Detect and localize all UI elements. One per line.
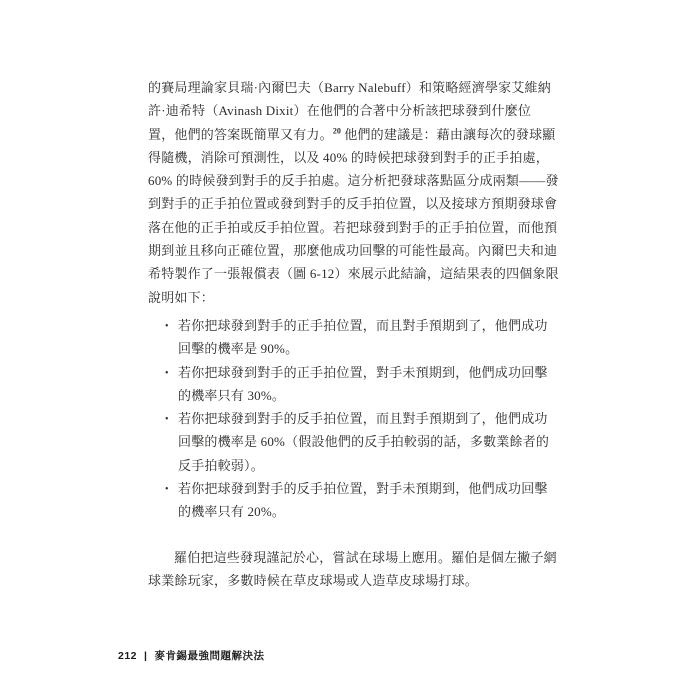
text-line: 的賽局理論家貝瑞·內爾巴夫（Barry Nalebuff）和策略經濟學家艾維納 — [148, 76, 552, 99]
page-footer: 212 | 麥肯錫最強問題解決法 — [118, 648, 264, 663]
text-line: 反手拍較弱）。 — [178, 454, 552, 477]
bullet-item: •若你把球發到對手的正手拍位置，而且對手預期到了，他們成功回擊的機率是 90%。 — [148, 314, 552, 361]
text-line: 期到並且移向正確位置，那麼他成功回擊的可能性最高。內爾巴夫和迪 — [148, 239, 552, 262]
bullet-icon: • — [165, 478, 169, 501]
text-line: 落在他的正手拍或反手拍位置。若把球發到對手的正手拍位置，而他預 — [148, 216, 552, 239]
text-line: 球業餘玩家，多數時候在草皮球場或人造草皮球場打球。 — [148, 569, 552, 592]
bullet-text: 若你把球發到對手的反手拍位置，而且對手預期到了，他們成功回擊的機率是 60%（假… — [178, 407, 552, 477]
text-line: 置，他們的答案既簡單又有力。20 他們的建議是：藉由讓每次的發球顯 — [148, 123, 552, 146]
bullet-text: 若你把球發到對手的正手拍位置，而且對手預期到了，他們成功回擊的機率是 90%。 — [178, 314, 552, 361]
bullet-text: 若你把球發到對手的正手拍位置，對手未預期到，他們成功回擊的機率只有 30%。 — [178, 361, 552, 408]
text-line: 回擊的機率是 90%。 — [178, 337, 552, 360]
text-line: 的機率只有 30%。 — [178, 384, 552, 407]
bullet-text: 若你把球發到對手的反手拍位置，對手未預期到，他們成功回擊的機率只有 20%。 — [178, 477, 552, 524]
book-title: 麥肯錫最強問題解決法 — [154, 648, 264, 663]
page-body-text: 的賽局理論家貝瑞·內爾巴夫（Barry Nalebuff）和策略經濟學家艾維納許… — [148, 76, 552, 592]
text-line: 的機率只有 20%。 — [178, 500, 552, 523]
footnote-reference: 20 — [333, 126, 341, 135]
bullet-icon: • — [165, 408, 169, 431]
text-line: 許·迪希特（Avinash Dixit）在他們的合著中分析該把球發到什麼位 — [148, 99, 552, 122]
text-line: 若你把球發到對手的正手拍位置，對手未預期到，他們成功回擊 — [178, 361, 552, 384]
text-line: 若你把球發到對手的反手拍位置，而且對手預期到了，他們成功 — [178, 407, 552, 430]
book-page: 的賽局理論家貝瑞·內爾巴夫（Barry Nalebuff）和策略經濟學家艾維納許… — [0, 0, 696, 696]
page-number: 212 — [118, 650, 137, 662]
footer-separator: | — [144, 650, 147, 662]
paragraph-serve-analysis: 的賽局理論家貝瑞·內爾巴夫（Barry Nalebuff）和策略經濟學家艾維納許… — [148, 76, 552, 309]
text-line: 說明如下： — [148, 286, 552, 309]
text-line: 得隨機，消除可預測性，以及 40% 的時候把球發到對手的正手拍處， — [148, 146, 552, 169]
text-line: 若你把球發到對手的反手拍位置，對手未預期到，他們成功回擊 — [178, 477, 552, 500]
bullet-item: •若你把球發到對手的反手拍位置，而且對手預期到了，他們成功回擊的機率是 60%（… — [148, 407, 552, 477]
paragraph-rob-application: 羅伯把這些發現謹記於心，嘗試在球場上應用。羅伯是個左撇子網球業餘玩家，多數時候在… — [148, 546, 552, 593]
text-line: 60% 的時候發到對手的反手拍處。這分析把發球落點區分成兩類——發 — [148, 169, 552, 192]
payoff-quadrant-bullet-list: •若你把球發到對手的正手拍位置，而且對手預期到了，他們成功回擊的機率是 90%。… — [148, 314, 552, 524]
text-line: 回擊的機率是 60%（假設他們的反手拍較弱的話，多數業餘者的 — [178, 430, 552, 453]
bullet-item: •若你把球發到對手的反手拍位置，對手未預期到，他們成功回擊的機率只有 20%。 — [148, 477, 552, 524]
bullet-icon: • — [165, 315, 169, 338]
bullet-icon: • — [165, 362, 169, 385]
text-line: 希特製作了一張報償表（圖 6-12）來展示此結論，這結果表的四個象限 — [148, 262, 552, 285]
text-line: 羅伯把這些發現謹記於心，嘗試在球場上應用。羅伯是個左撇子網 — [148, 546, 552, 569]
text-line: 到對手的正手拍位置或發到對手的反手拍位置，以及接球方預期發球會 — [148, 192, 552, 215]
bullet-item: •若你把球發到對手的正手拍位置，對手未預期到，他們成功回擊的機率只有 30%。 — [148, 361, 552, 408]
text-line: 若你把球發到對手的正手拍位置，而且對手預期到了，他們成功 — [178, 314, 552, 337]
